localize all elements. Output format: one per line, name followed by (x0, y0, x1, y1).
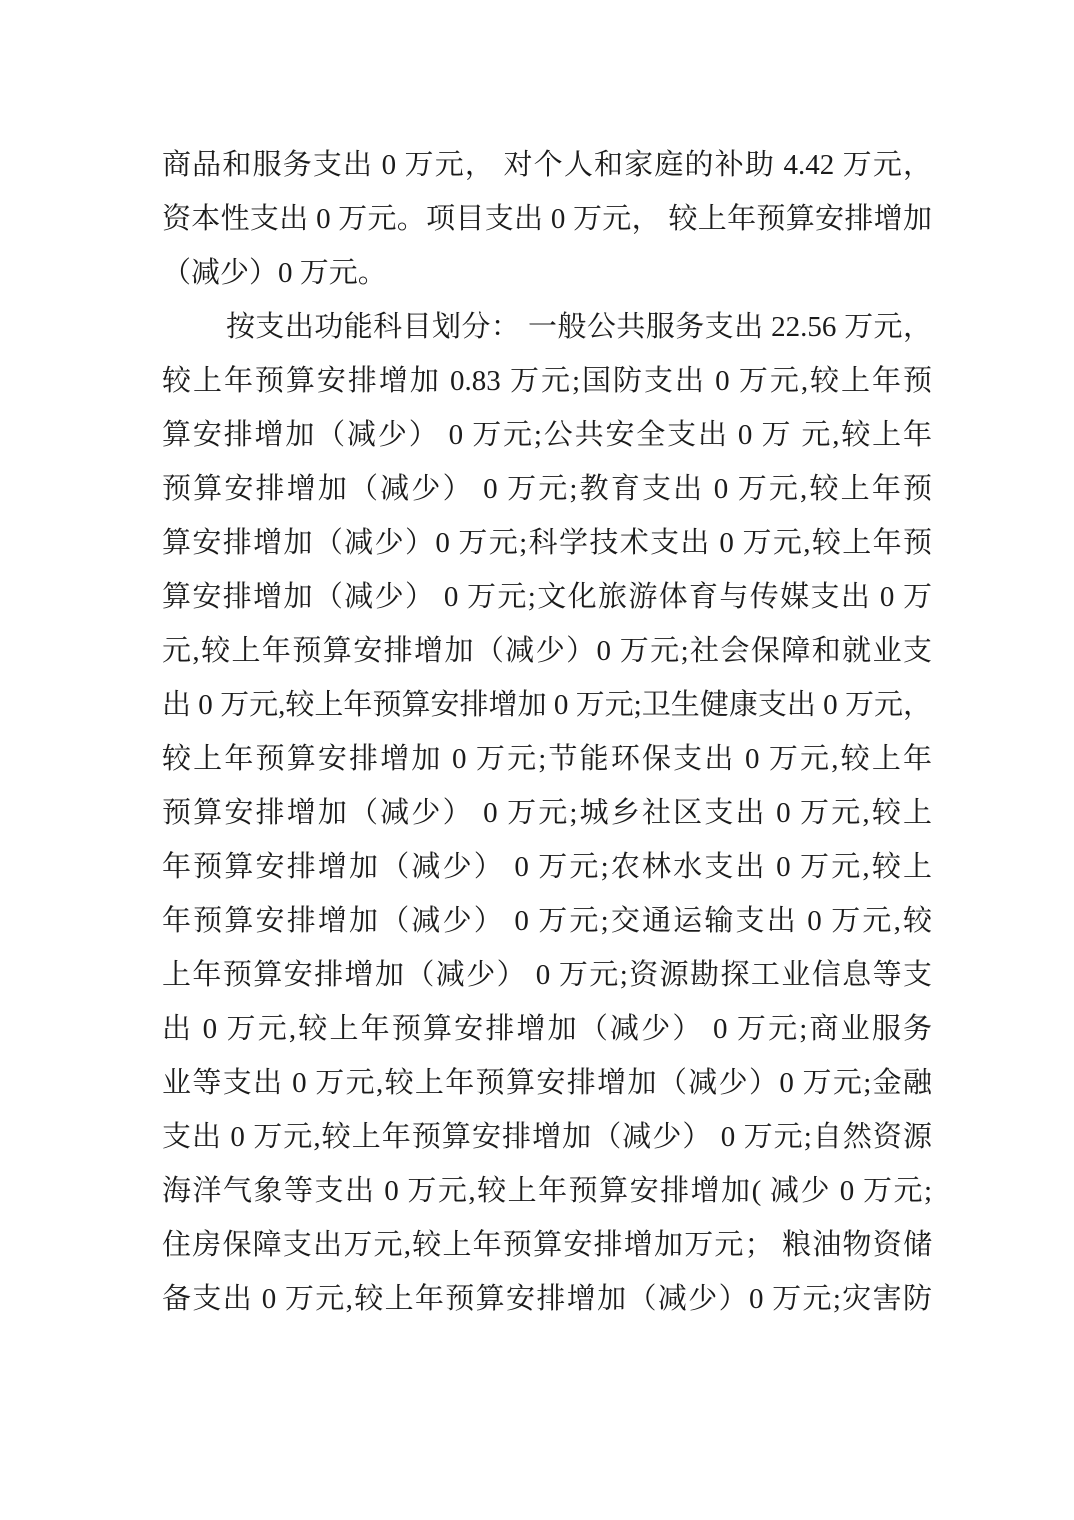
text-line-3: （减少）0 万元。 (162, 246, 932, 300)
text-line-17: 出 0 万元,较上年预算安排增加（减少） 0 万元;商业服务 (162, 1002, 932, 1056)
text-line-22: 备支出 0 万元,较上年预算安排增加（减少）0 万元;灾害防 (162, 1272, 932, 1326)
text-line-5: 较上年预算安排增加 0.83 万元;国防支出 0 万元,较上年预 (162, 354, 932, 408)
text-line-16: 上年预算安排增加（减少） 0 万元;资源勘探工业信息等支 (162, 948, 932, 1002)
text-line-10: 元,较上年预算安排增加（减少）0 万元;社会保障和就业支 (162, 624, 932, 678)
text-line-18: 业等支出 0 万元,较上年预算安排增加（减少）0 万元;金融 (162, 1056, 932, 1110)
text-line-21: 住房保障支出万元,较上年预算安排增加万元； 粮油物资储 (162, 1218, 932, 1272)
text-line-9: 算安排增加（减少） 0 万元;文化旅游体育与传媒支出 0 万 (162, 570, 932, 624)
text-line-2: 资本性支出 0 万元。项目支出 0 万元， 较上年预算安排增加 (162, 192, 932, 246)
text-line-6: 算安排增加（减少） 0 万元;公共安全支出 0 万 元,较上年 (162, 408, 932, 462)
text-line-11: 出 0 万元,较上年预算安排增加 0 万元;卫生健康支出 0 万元， (162, 678, 932, 732)
text-line-12: 较上年预算安排增加 0 万元;节能环保支出 0 万元,较上年 (162, 732, 932, 786)
text-line-4: 按支出功能科目划分： 一般公共服务支出 22.56 万元， (162, 300, 932, 354)
text-line-8: 算安排增加（减少）0 万元;科学技术支出 0 万元,较上年预 (162, 516, 932, 570)
text-line-1: 商品和服务支出 0 万元， 对个人和家庭的补助 4.42 万元， (162, 138, 932, 192)
text-line-20: 海洋气象等支出 0 万元,较上年预算安排增加( 减少 0 万元; (162, 1164, 932, 1218)
text-line-13: 预算安排增加（减少） 0 万元;城乡社区支出 0 万元,较上 (162, 786, 932, 840)
document-text-block: 商品和服务支出 0 万元， 对个人和家庭的补助 4.42 万元， 资本性支出 0… (162, 138, 932, 1326)
text-line-15: 年预算安排增加（减少） 0 万元;交通运输支出 0 万元,较 (162, 894, 932, 948)
text-line-19: 支出 0 万元,较上年预算安排增加（减少） 0 万元;自然资源 (162, 1110, 932, 1164)
text-line-7: 预算安排增加（减少） 0 万元;教育支出 0 万元,较上年预 (162, 462, 932, 516)
document-page: 商品和服务支出 0 万元， 对个人和家庭的补助 4.42 万元， 资本性支出 0… (0, 0, 1074, 1520)
text-line-14: 年预算安排增加（减少） 0 万元;农林水支出 0 万元,较上 (162, 840, 932, 894)
